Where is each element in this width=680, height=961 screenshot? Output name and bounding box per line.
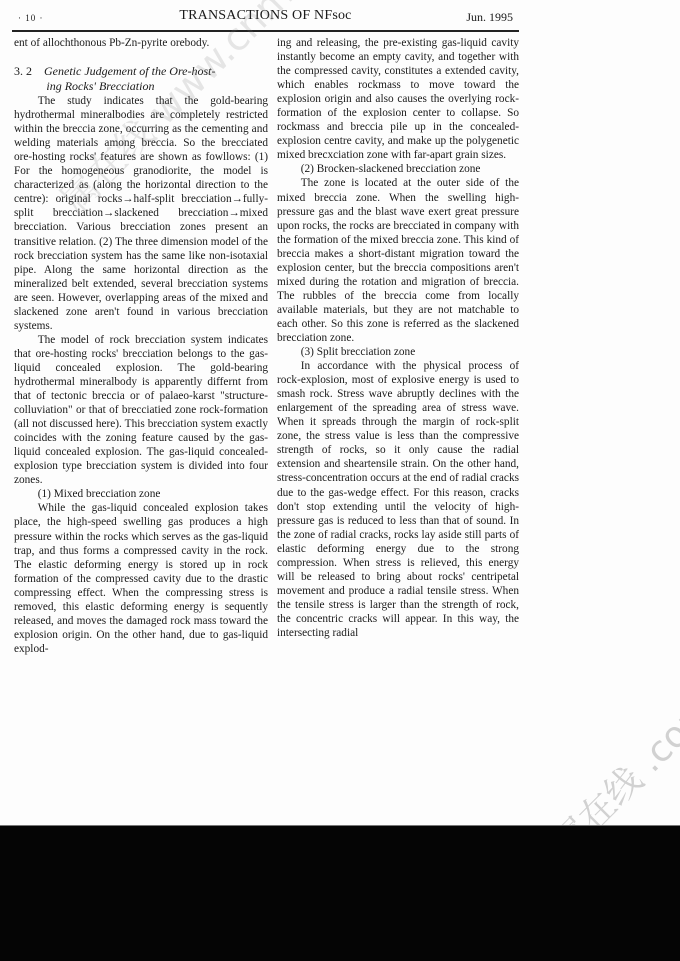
paragraph: The model of rock brecciation system ind… (14, 333, 268, 488)
section-number: 3. 2 (14, 64, 32, 78)
carryover-text: ent of allochthonous Pb-Zn-pyrite orebod… (14, 36, 268, 50)
paragraph: While the gas-liquid concealed explosion… (14, 501, 268, 656)
subheading-slackened-zone: (2) Brocken-slackened brecciation zone (277, 162, 519, 176)
paragraph: In accordance with the physical process … (277, 359, 519, 640)
document-page: · 10 · TRANSACTIONS OF NFsoc Jun. 1995 e… (0, 0, 680, 825)
section-heading: 3. 2 Genetic Judgement of the Ore-host- … (14, 64, 268, 94)
subheading-mixed-zone: (1) Mixed brecciation zone (14, 487, 268, 501)
left-column: ent of allochthonous Pb-Zn-pyrite orebod… (14, 36, 268, 656)
right-column: ing and releasing, the pre-existing gas-… (277, 36, 519, 640)
running-header: · 10 · TRANSACTIONS OF NFsoc Jun. 1995 (12, 6, 519, 30)
subheading-split-zone: (3) Split brecciation zone (277, 345, 519, 359)
issue-date: Jun. 1995 (466, 10, 513, 25)
section-title-line2: ing Rocks' Brecciation (14, 79, 268, 94)
header-rule (12, 30, 519, 32)
carryover-text: ing and releasing, the pre-existing gas-… (277, 36, 519, 162)
paragraph: The study indicates that the gold-bearin… (14, 94, 268, 333)
section-title-line1: Genetic Judgement of the Ore-host- (44, 64, 216, 78)
paragraph: The zone is located at the outer side of… (277, 176, 519, 345)
scan-black-margin (0, 825, 680, 961)
journal-title: TRANSACTIONS OF NFsoc (12, 8, 519, 24)
